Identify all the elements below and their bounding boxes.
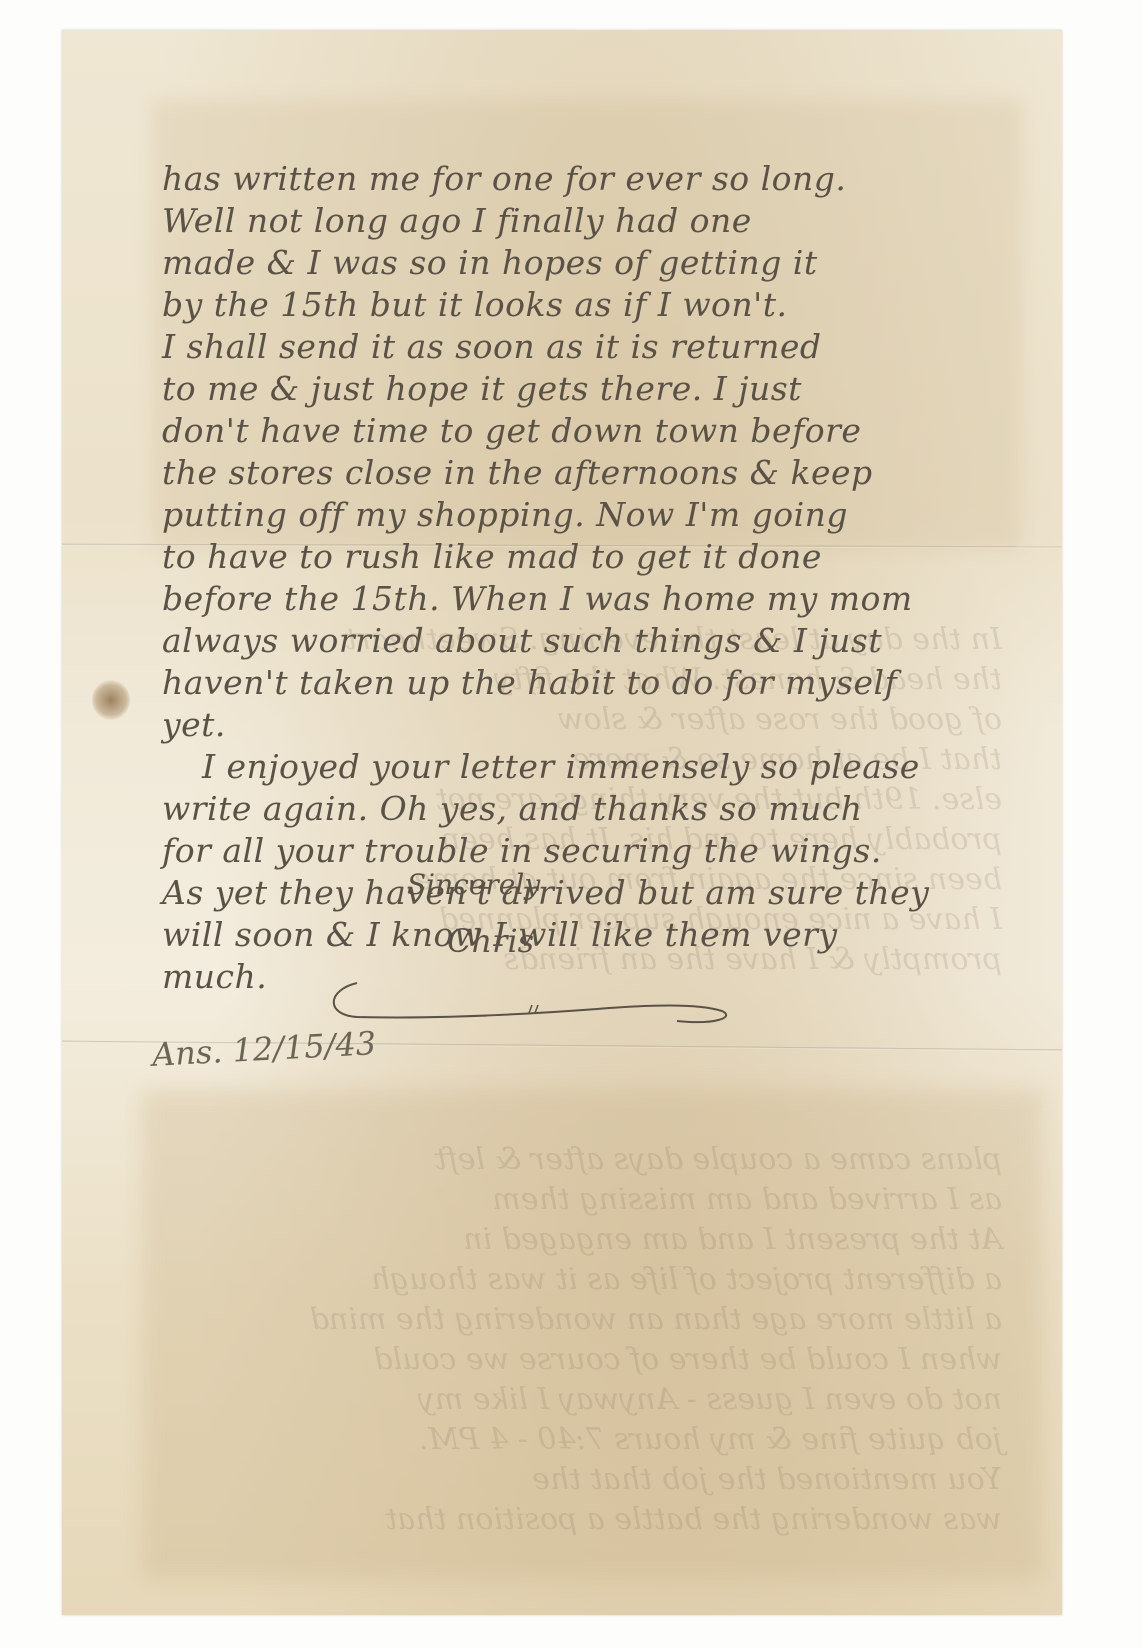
body-line: to me & just hope it gets there. I just (162, 368, 1042, 410)
body-line: I shall send it as soon as it is returne… (162, 326, 1042, 368)
answered-date-annotation: Ans. 12/15/43 (151, 1024, 377, 1074)
body-line: by the 15th but it looks as if I won't. (162, 284, 1042, 326)
body-line: Well not long ago I finally had one (162, 200, 1042, 242)
paragraph2-line: write again. Oh yes, and thanks so much (162, 788, 1042, 830)
body-line: to have to rush like mad to get it done (162, 536, 1042, 578)
body-line: putting off my shopping. Now I'm going (162, 494, 1042, 536)
body-line: always worried about such things & I jus… (162, 620, 1042, 662)
bleed-through-text-lower: plans came a couple days after & left as… (182, 1140, 1002, 1540)
paragraph2-line: As yet they haven't arrived but am sure … (162, 872, 1042, 914)
paragraph2-line: will soon & I know I will like them very (162, 914, 1042, 956)
body-line: haven't taken up the habit to do for mys… (162, 662, 1042, 704)
signature-flourish-icon (317, 975, 737, 1030)
signature: Chris (447, 922, 534, 960)
body-line: has written me for one for ever so long. (162, 158, 1042, 200)
body-line: yet. (162, 704, 1042, 746)
paragraph2-line: I enjoyed your letter immensely so pleas… (162, 746, 1042, 788)
body-line: don't have time to get down town before (162, 410, 1042, 452)
paragraph2-line: for all your trouble in securing the win… (162, 830, 1042, 872)
body-line: before the 15th. When I was home my mom (162, 578, 1042, 620)
letter-body: has written me for one for ever so long.… (162, 158, 1042, 998)
body-line: the stores close in the afternoons & kee… (162, 452, 1042, 494)
ink-stain (92, 680, 130, 720)
letter-page: In the day at least the evening. Sweethe… (62, 30, 1062, 1615)
body-line: made & I was so in hopes of getting it (162, 242, 1042, 284)
closing-salutation: Sincerely (407, 868, 540, 901)
